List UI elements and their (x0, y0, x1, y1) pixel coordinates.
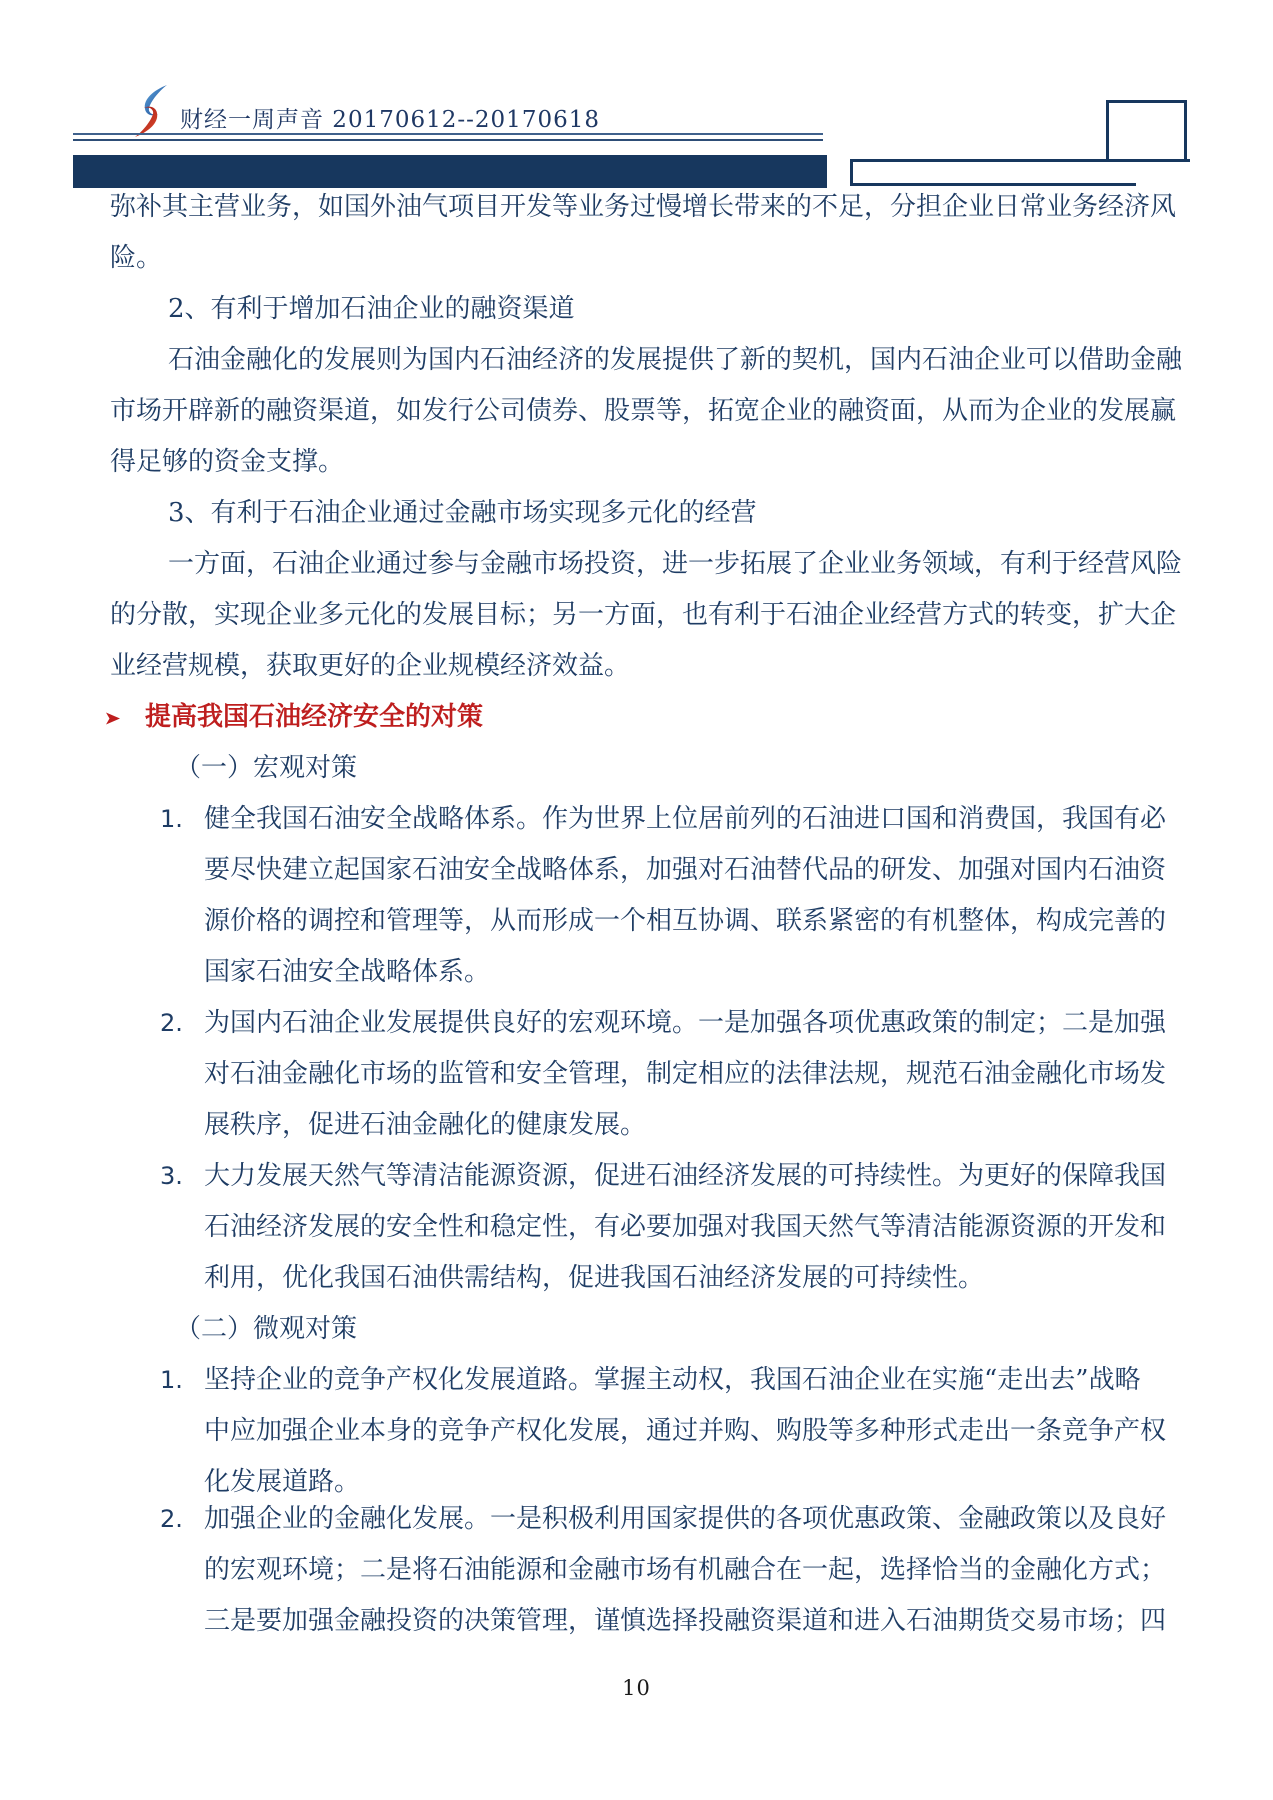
list-number: 3. (160, 1159, 204, 1193)
arrow-bullet-icon (105, 700, 145, 734)
text-line: 化发展道路。 (78, 1465, 1218, 1502)
paragraphs-top: 弥补其主营业务，如国外油气项目开发等业务过慢增长带来的不足，分担企业日常业务经济… (78, 190, 1218, 700)
text-line: 源价格的调控和管理等，从而形成一个相互协调、联系紧密的有机整体，构成完善的 (78, 904, 1218, 955)
text-line: 展秩序，促进石油金融化的健康发展。 (78, 1108, 1218, 1159)
line-text: 健全我国石油安全战略体系。作为世界上位居前列的石油进口国和消费国，我国有必 (204, 804, 1166, 834)
text-line: 1.健全我国石油安全战略体系。作为世界上位居前列的石油进口国和消费国，我国有必 (78, 802, 1218, 853)
line-text: 国家石油安全战略体系。 (204, 957, 490, 987)
page-number: 10 (0, 1676, 1273, 1700)
text-line: 险。 (78, 241, 1218, 292)
line-text: 利用，优化我国石油供需结构，促进我国石油经济发展的可持续性。 (204, 1263, 984, 1293)
heading-text: 提高我国石油经济安全的对策 (145, 702, 483, 732)
text-line: 一方面，石油企业通过参与金融市场投资，进一步拓展了企业业务领域，有利于经营风险 (78, 547, 1218, 598)
line-text: （一）宏观对策 (175, 753, 357, 783)
text-line: （二）微观对策 (78, 1312, 1218, 1363)
text-line: 要尽快建立起国家石油安全战略体系，加强对石油替代品的研发、加强对国内石油资 (78, 853, 1218, 904)
paragraphs-bottom: （一）宏观对策1.健全我国石油安全战略体系。作为世界上位居前列的石油进口国和消费… (78, 751, 1218, 1655)
line-text: 2、有利于增加石油企业的融资渠道 (168, 294, 575, 324)
text-line: 的分散，实现企业多元化的发展目标；另一方面，也有利于石油企业经营方式的转变，扩大… (78, 598, 1218, 649)
list-number: 1. (160, 802, 204, 836)
header-navy-bar (73, 155, 827, 188)
text-line: 中应加强企业本身的竞争产权化发展，通过并购、购股等多种形式走出一条竞争产权 (78, 1414, 1218, 1465)
header-deco-box-left (850, 159, 853, 186)
text-line: 市场开辟新的融资渠道，如发行公司债券、股票等，拓宽企业的融资面，从而为企业的发展… (78, 394, 1218, 445)
header-title: 财经一周声音 20170612--20170618 (180, 101, 600, 134)
line-text: 坚持企业的竞争产权化发展道路。掌握主动权，我国石油企业在实施“走出去”战略 (204, 1365, 1141, 1395)
line-text: 石油经济发展的安全性和稳定性，有必要加强对我国天然气等清洁能源资源的开发和 (204, 1212, 1166, 1242)
text-line: 利用，优化我国石油供需结构，促进我国石油经济发展的可持续性。 (78, 1261, 1218, 1312)
line-text: 石油金融化的发展则为国内石油经济的发展提供了新的契机，国内石油企业可以借助金融 (168, 345, 1182, 375)
line-text: 的分散，实现企业多元化的发展目标；另一方面，也有利于石油企业经营方式的转变，扩大… (110, 600, 1176, 630)
text-line: 1.坚持企业的竞争产权化发展道路。掌握主动权，我国石油企业在实施“走出去”战略 (78, 1363, 1218, 1414)
header-deco-box-bottom (850, 183, 1136, 186)
text-line: 三是要加强金融投资的决策管理，谨慎选择投融资渠道和进入石油期货交易市场；四 (78, 1604, 1218, 1655)
header-deco-tab (1106, 100, 1187, 159)
text-line: 石油金融化的发展则为国内石油经济的发展提供了新的契机，国内石油企业可以借助金融 (78, 343, 1218, 394)
line-text: 业经营规模，获取更好的企业规模经济效益。 (110, 651, 630, 681)
line-text: 弥补其主营业务，如国外油气项目开发等业务过慢增长带来的不足，分担企业日常业务经济… (110, 192, 1176, 222)
line-text: 大力发展天然气等清洁能源资源，促进石油经济发展的可持续性。为更好的保障我国 (204, 1161, 1166, 1191)
line-text: 中应加强企业本身的竞争产权化发展，通过并购、购股等多种形式走出一条竞争产权 (204, 1416, 1166, 1446)
line-text: （二）微观对策 (175, 1314, 357, 1344)
text-line: 2、有利于增加石油企业的融资渠道 (78, 292, 1218, 343)
list-number: 2. (160, 1006, 204, 1040)
text-line: （一）宏观对策 (78, 751, 1218, 802)
line-text: 3、有利于石油企业通过金融市场实现多元化的经营 (168, 498, 757, 528)
line-text: 加强企业的金融化发展。一是积极利用国家提供的各项优惠政策、金融政策以及良好 (204, 1504, 1166, 1534)
line-text: 一方面，石油企业通过参与金融市场投资，进一步拓展了企业业务领域，有利于经营风险 (168, 549, 1182, 579)
document-page: 财经一周声音 20170612--20170618 弥补其主营业务，如国外油气项… (0, 0, 1273, 1800)
list-number: 1. (160, 1363, 204, 1397)
line-text: 的宏观环境；二是将石油能源和金融市场有机融合在一起，选择恰当的金融化方式； (204, 1555, 1166, 1585)
text-line: 国家石油安全战略体系。 (78, 955, 1218, 1006)
text-line: 3.大力发展天然气等清洁能源资源，促进石油经济发展的可持续性。为更好的保障我国 (78, 1159, 1218, 1210)
line-text: 源价格的调控和管理等，从而形成一个相互协调、联系紧密的有机整体，构成完善的 (204, 906, 1166, 936)
text-line: 2.为国内石油企业发展提供良好的宏观环境。一是加强各项优惠政策的制定；二是加强 (78, 1006, 1218, 1057)
line-text: 要尽快建立起国家石油安全战略体系，加强对石油替代品的研发、加强对国内石油资 (204, 855, 1166, 885)
line-text: 险。 (110, 243, 162, 273)
text-line: 弥补其主营业务，如国外油气项目开发等业务过慢增长带来的不足，分担企业日常业务经济… (78, 190, 1218, 241)
line-text: 化发展道路。 (204, 1467, 360, 1497)
section-heading-red: 提高我国石油经济安全的对策 (78, 700, 1218, 751)
line-text: 市场开辟新的融资渠道，如发行公司债券、股票等，拓宽企业的融资面，从而为企业的发展… (110, 396, 1176, 426)
line-text: 展秩序，促进石油金融化的健康发展。 (204, 1110, 646, 1140)
line-text: 三是要加强金融投资的决策管理，谨慎选择投融资渠道和进入石油期货交易市场；四 (204, 1606, 1166, 1636)
line-text: 得足够的资金支撑。 (110, 447, 344, 477)
list-number: 2. (160, 1502, 204, 1536)
line-text: 为国内石油企业发展提供良好的宏观环境。一是加强各项优惠政策的制定；二是加强 (204, 1008, 1166, 1038)
text-line: 2.加强企业的金融化发展。一是积极利用国家提供的各项优惠政策、金融政策以及良好 (78, 1502, 1218, 1553)
text-line: 对石油金融化市场的监管和安全管理，制定相应的法律法规，规范石油金融化市场发 (78, 1057, 1218, 1108)
header-double-rule (73, 133, 823, 141)
text-line: 3、有利于石油企业通过金融市场实现多元化的经营 (78, 496, 1218, 547)
line-text: 对石油金融化市场的监管和安全管理，制定相应的法律法规，规范石油金融化市场发 (204, 1059, 1166, 1089)
text-line: 石油经济发展的安全性和稳定性，有必要加强对我国天然气等清洁能源资源的开发和 (78, 1210, 1218, 1261)
body-text: 弥补其主营业务，如国外油气项目开发等业务过慢增长带来的不足，分担企业日常业务经济… (78, 190, 1218, 1655)
header-deco-box-top (850, 159, 1190, 162)
text-line: 业经营规模，获取更好的企业规模经济效益。 (78, 649, 1218, 700)
text-line: 的宏观环境；二是将石油能源和金融市场有机融合在一起，选择恰当的金融化方式； (78, 1553, 1218, 1604)
text-line: 得足够的资金支撑。 (78, 445, 1218, 496)
